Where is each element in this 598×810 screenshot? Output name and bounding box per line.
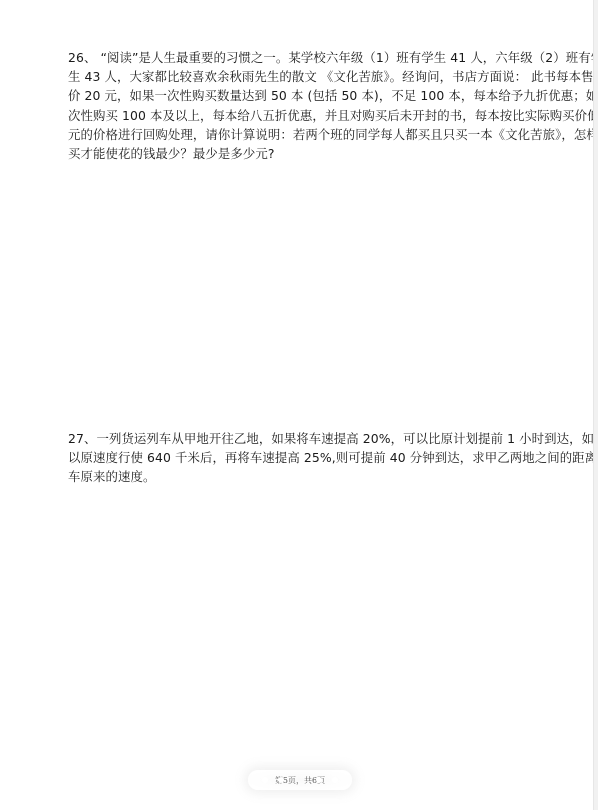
problem-text-line: 买才能使花的钱最少？最少是多少元?: [68, 144, 588, 163]
dot-decoration-icon: [332, 777, 338, 783]
problem-text-line: 元的价格进行回购处理，请你计算说明：若两个班的同学每人都买且只买一本《文化苦旅》…: [68, 125, 588, 144]
problem-text-line: 27、一列货运列车从甲地开往乙地，如果将车速提高 20%，可以比原计划提前 1 …: [68, 429, 588, 448]
dot-decoration-icon: [278, 777, 284, 783]
dot-decoration-icon: [262, 777, 268, 783]
problem-text-line: 26、 “阅读”是人生最重要的习惯之一。某学校六年级（1）班有学生 41 人，六…: [68, 48, 588, 67]
scrollbar-track[interactable]: [593, 0, 598, 810]
problem-text-line: 以原速度行使 640 千米后，再将车速提高 25%,则可提前 40 分钟到达，求…: [68, 448, 588, 467]
document-page: 26、 “阅读”是人生最重要的习惯之一。某学校六年级（1）班有学生 41 人，六…: [0, 0, 594, 810]
dot-decoration-icon: [316, 777, 322, 783]
problem-text-line: 次性购买 100 本及以上，每本给八五折优惠，并且对购买后未开封的书，每本按比实…: [68, 106, 588, 125]
problem-text-line: 车原来的速度。: [68, 467, 588, 486]
problem-text-line: 生 43 人，大家都比较喜欢余秋雨先生的散文 《文化苦旅》。经询问，书店方面说：…: [68, 67, 588, 86]
problem-26: 26、 “阅读”是人生最重要的习惯之一。某学校六年级（1）班有学生 41 人，六…: [68, 48, 588, 163]
problem-27: 27、一列货运列车从甲地开往乙地，如果将车速提高 20%，可以比原计划提前 1 …: [68, 429, 588, 487]
page-indicator: 第5页，共6页: [248, 770, 352, 790]
problem-text-line: 价 20 元，如果一次性购买数量达到 50 本 (包括 50 本)，不足 100…: [68, 86, 588, 105]
